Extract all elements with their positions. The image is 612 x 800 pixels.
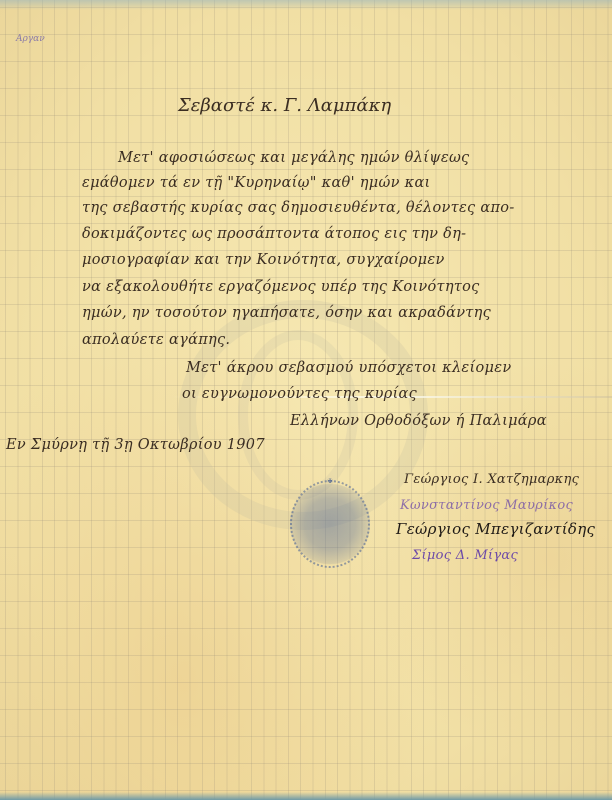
signature: Γεώργιος Μπεγιζαντίδης — [396, 520, 595, 538]
body-line: να εξακολουθήτε εργαζόμενος υπέρ της Κοι… — [82, 279, 480, 295]
bottom-edge — [0, 792, 612, 800]
closing-line: Ελλήνων Ορθοδόξων ή Παλιμάρα — [290, 413, 547, 429]
signature: Σίμος Δ. Μίγας — [412, 548, 518, 563]
body-line: δοκιμάζοντες ως προσάπτοντα άτοπος εις τ… — [82, 226, 466, 242]
stamp-icon: ✠ — [300, 478, 360, 485]
signature: Γεώργιος Ι. Χατζημαρκης — [404, 472, 579, 487]
body-line: της σεβαστής κυρίας σας δημοσιευθέντα, θ… — [82, 200, 515, 216]
body-line: ημών, ην τοσούτον ηγαπήσατε, όσην και ακ… — [82, 305, 491, 321]
closing-line: Μετ' άκρου σεβασμού υπόσχετοι κλείομεν — [186, 360, 511, 376]
signature: Κωνσταντίνος Μαυρίκος — [400, 498, 573, 513]
archive-mark: Αργαν — [16, 34, 45, 44]
body-line: μοσιογραφίαν και την Κοινότητα, συγχαίρο… — [82, 252, 445, 268]
body-line: απολαύετε αγάπης. — [82, 332, 230, 348]
top-edge — [0, 0, 612, 10]
body-line: εμάθομεν τά εν τῇ "Κυρηναίῳ" καθ' ημών κ… — [82, 175, 431, 191]
salutation: Σεβαστέ κ. Γ. Λαμπάκη — [178, 95, 391, 116]
body-line: Μετ' αφοσιώσεως και μεγάλης ημών θλίψεως — [118, 150, 469, 166]
dateline: Εν Σμύρνῃ τῇ 3ῃ Οκτωβρίου 1907 — [6, 437, 265, 453]
closing-line: οι ευγνωμονούντες της κυρίας — [182, 386, 417, 402]
church-stamp — [290, 480, 370, 568]
